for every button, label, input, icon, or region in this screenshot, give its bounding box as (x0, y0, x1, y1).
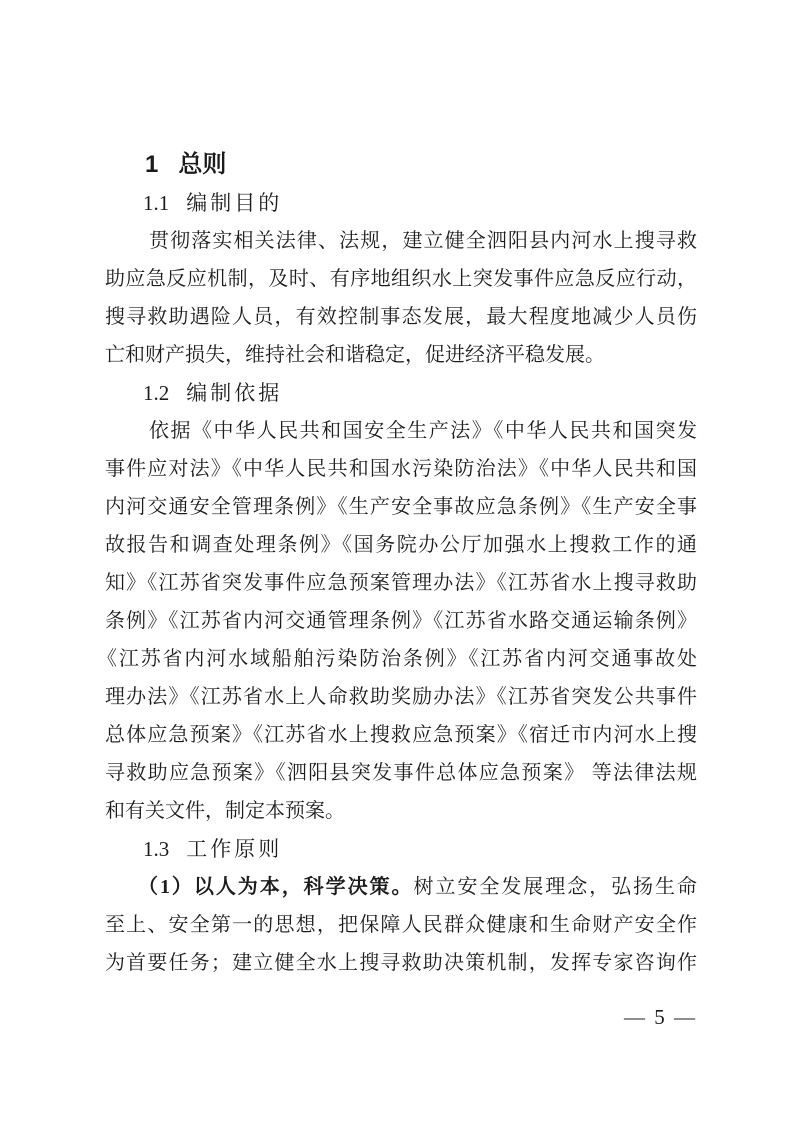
paragraph-line: 条例》《江苏省内河交通管理条例》《江苏省水路交通运输条例》 (105, 602, 697, 640)
principle-lead-rest: 树立安全发展理念，弘扬生命 (413, 876, 697, 898)
section-title: 编制依据 (186, 381, 282, 405)
section-number: 1.2 (143, 381, 169, 405)
paragraph-line: 《江苏省内河水域船舶污染防治条例》《江苏省内河交通事故处 (97, 640, 697, 678)
principle-lead-bold: （1）以人为本，科学决策。 (138, 876, 413, 898)
section-heading-1-2: 1.2编制依据 (105, 374, 697, 412)
paragraph-line: 事件应对法》《中华人民共和国水污染防治法》《中华人民共和国 (105, 450, 697, 488)
section-heading-1-1: 1.1编制目的 (105, 184, 697, 222)
chapter-heading: 1总则 (105, 146, 697, 184)
document-page: { "page": { "background_color": "#ffffff… (0, 0, 793, 1122)
document-body: 1总则 1.1编制目的 贯彻落实相关法律、法规，建立健全泗阳县内河水上搜寻救 助… (105, 146, 697, 982)
paragraph-line: 为首要任务；建立健全水上搜寻救助决策机制，发挥专家咨询作 (105, 944, 697, 982)
paragraph-line: 总体应急预案》《江苏省水上搜救应急预案》《宿迁市内河水上搜 (105, 716, 697, 754)
section-title: 工作原则 (186, 837, 282, 861)
section-title: 编制目的 (186, 191, 282, 215)
paragraph-line: 至上、安全第一的思想，把保障人民群众健康和生命财产安全作 (105, 906, 697, 944)
paragraph-line: 寻救助应急预案》《泗阳县突发事件总体应急预案》 等法律法规 (105, 754, 697, 792)
page-number: — 5 — (624, 1002, 697, 1032)
paragraph-line: 理办法》《江苏省水上人命救助奖励办法》《江苏省突发公共事件 (105, 678, 697, 716)
chapter-title: 总则 (178, 151, 226, 178)
paragraph-line: 亡和财产损失，维持社会和谐稳定，促进经济平稳发展。 (105, 336, 697, 374)
chapter-number: 1 (145, 151, 158, 178)
paragraph-line: 搜寻救助遇险人员，有效控制事态发展，最大程度地减少人员伤 (105, 298, 697, 336)
paragraph-line: 助应急反应机制，及时、有序地组织水上突发事件应急反应行动， (105, 260, 697, 298)
section-number: 1.1 (143, 191, 169, 215)
paragraph-line: 内河交通安全管理条例》《生产安全事故应急条例》《生产安全事 (105, 488, 697, 526)
section-heading-1-3: 1.3工作原则 (105, 830, 697, 868)
paragraph-line: 知》《江苏省突发事件应急预案管理办法》《江苏省水上搜寻救助 (105, 564, 697, 602)
section-number: 1.3 (143, 837, 169, 861)
paragraph-line: 贯彻落实相关法律、法规，建立健全泗阳县内河水上搜寻救 (105, 222, 697, 260)
paragraph-line: 依据《中华人民共和国安全生产法》《中华人民共和国突发 (105, 412, 697, 450)
paragraph-line: （1）以人为本，科学决策。树立安全发展理念，弘扬生命 (105, 868, 697, 906)
paragraph-line: 故报告和调查处理条例》《国务院办公厅加强水上搜救工作的通 (105, 526, 697, 564)
paragraph-line: 和有关文件，制定本预案。 (105, 792, 697, 830)
